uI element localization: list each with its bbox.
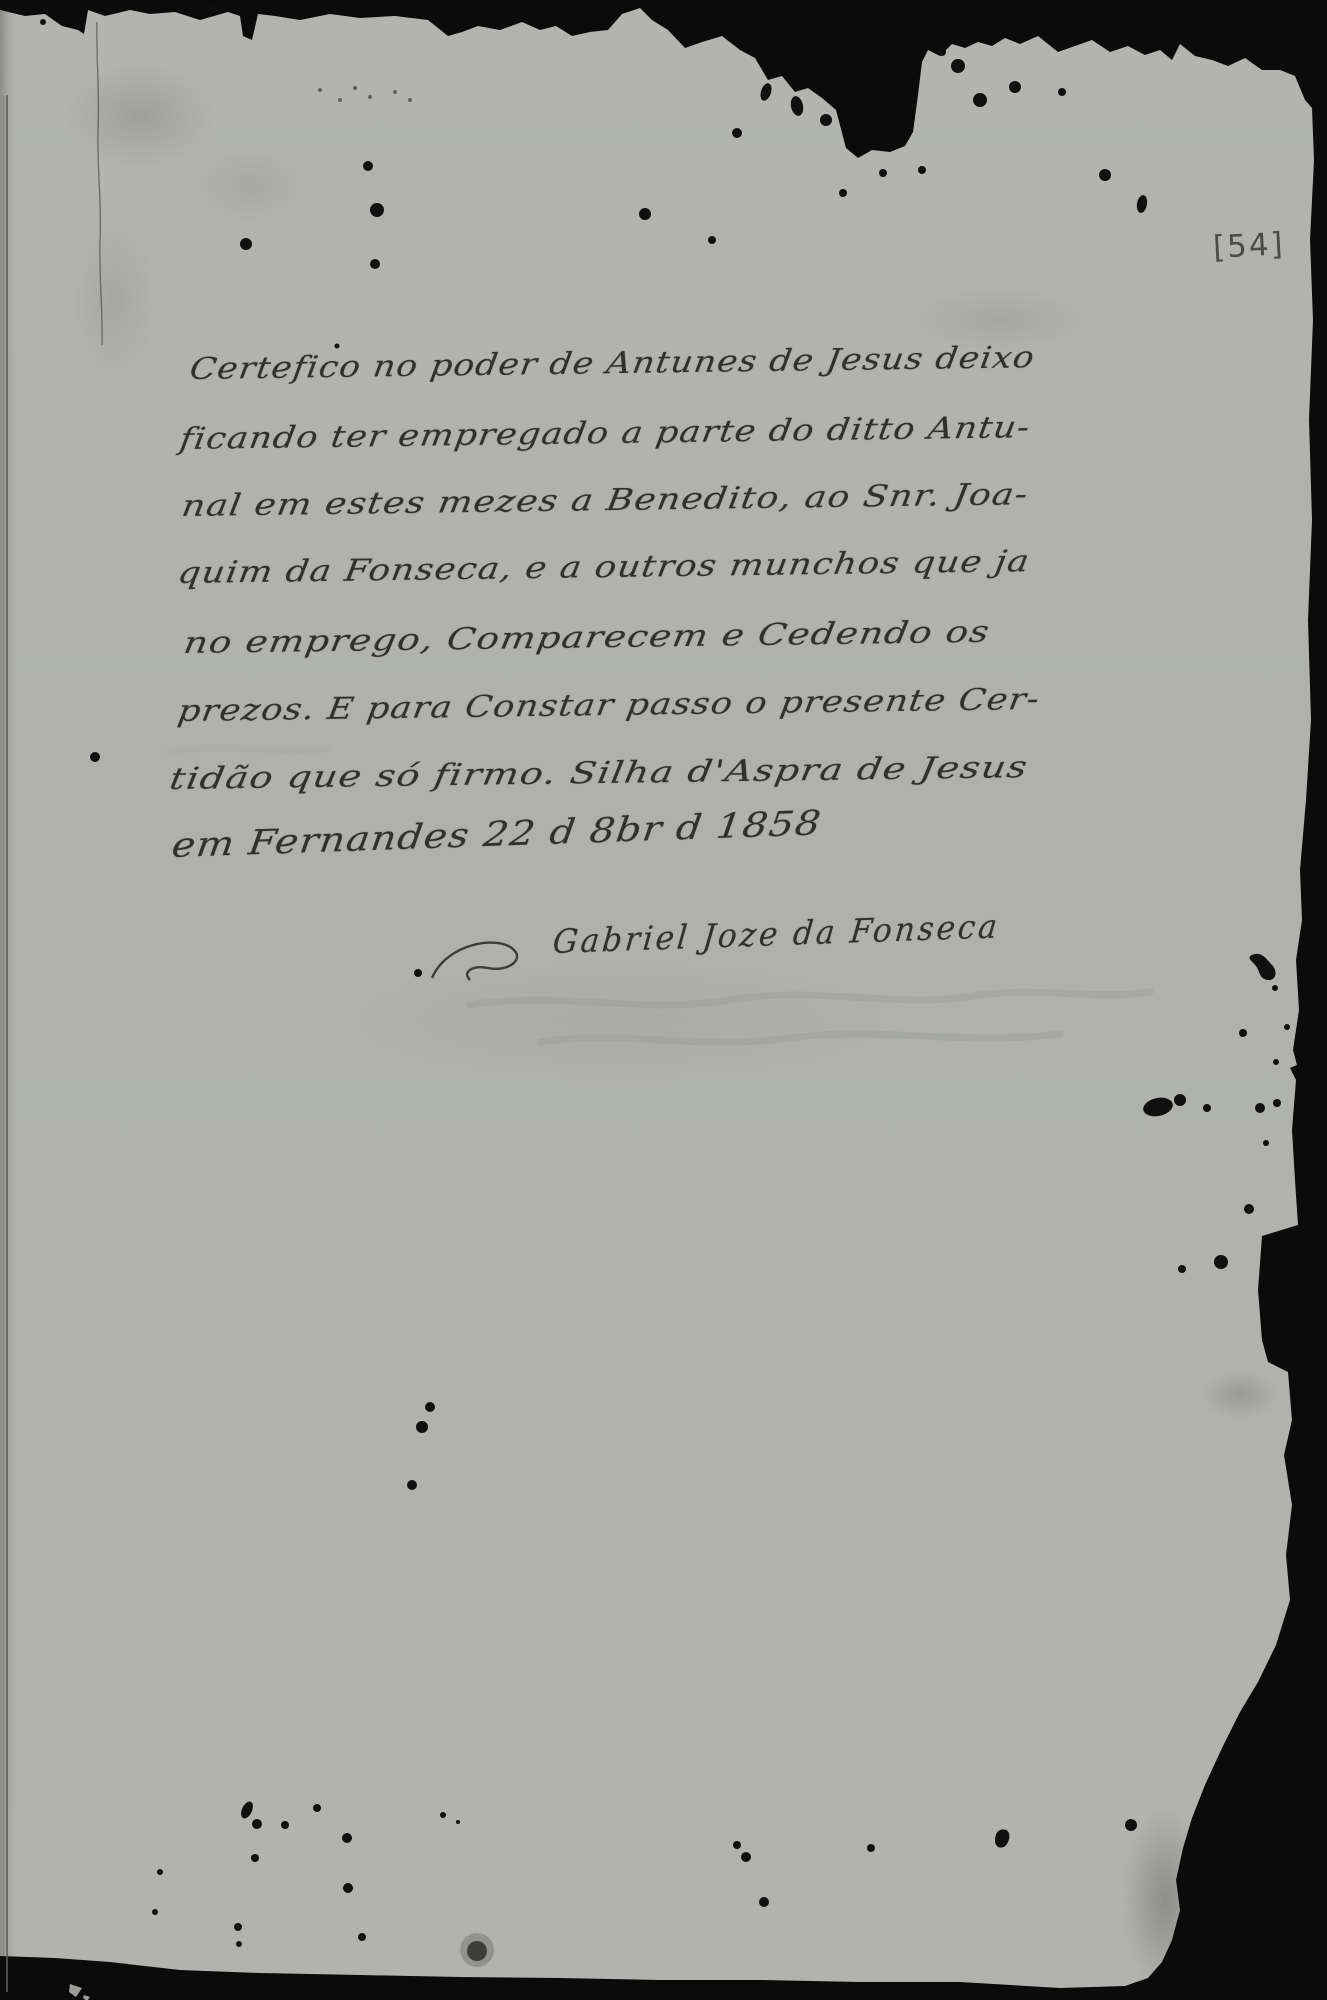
scanned-document-page: [54] Certefico no poder de Antunes de Je…	[0, 0, 1327, 2000]
page-number: [54]	[1212, 226, 1285, 266]
paper-specks	[69, 1984, 90, 2000]
paper-sheet	[0, 0, 1327, 2000]
